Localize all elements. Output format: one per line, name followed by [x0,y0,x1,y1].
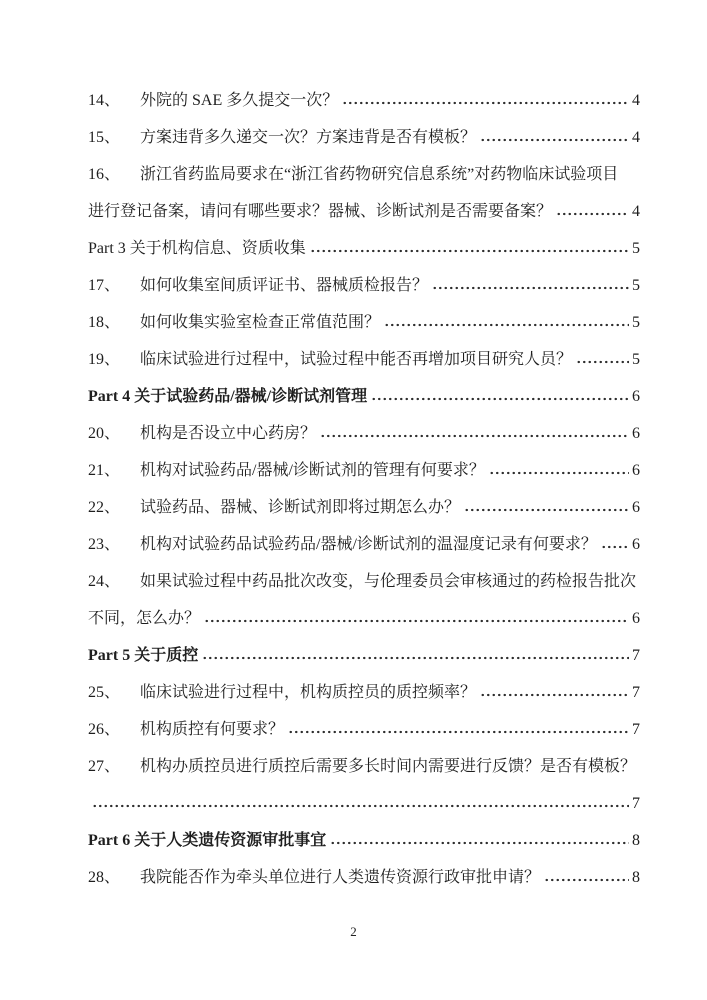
toc-line: 进行登记备案，请问有哪些要求？器械、诊断试剂是否需要备案？4 [88,193,640,230]
toc-leader-dots [330,841,629,845]
toc-item-number: 18、 [88,304,120,341]
toc-entry-text: 方案违背多久递交一次？方案违背是否有模板？ [140,119,476,156]
toc-line: 27、机构办质控员进行质控后需要多长时间内需要进行反馈？是否有模板？ [88,748,640,785]
toc-leader-dots [480,693,629,697]
toc-item-number: 20、 [88,415,120,452]
toc-line: 18、如何收集实验室检查正常值范围？5 [88,304,640,341]
toc-leader-dots [464,508,629,512]
toc-leader-dots [204,619,629,623]
toc-line: 23、机构对试验药品试验药品/器械/诊断试剂的温湿度记录有何要求？6 [88,526,640,563]
toc-item-number: 16、 [88,166,120,183]
toc-line: 24、如果试验过程中药品批次改变，与伦理委员会审核通过的药检报告批次 [88,563,640,600]
toc-leader-dots [576,360,629,364]
toc-item-number: 15、 [88,119,120,156]
toc-line: Part 4 关于试验药品/器械/诊断试剂管理6 [88,378,640,415]
toc-line: 20、机构是否设立中心药房？6 [88,415,640,452]
toc-entry-text: 试验药品、器械、诊断试剂即将过期怎么办？ [140,489,460,526]
toc-part-heading[interactable]: Part 5 关于质控7 [88,637,640,674]
toc-line: 19、临床试验进行过程中，试验过程中能否再增加项目研究人员？5 [88,341,640,378]
toc-item[interactable]: 20、机构是否设立中心药房？6 [88,415,640,452]
toc-entry-text: 临床试验进行过程中，试验过程中能否再增加项目研究人员？ [140,341,572,378]
toc-entry-text: Part 4 关于试验药品/器械/诊断试剂管理 [88,378,367,415]
toc-page-number: 6 [632,600,640,637]
toc-leader-dots [310,249,629,253]
toc-entry-text: 外院的 SAE 多久提交一次？ [140,82,338,119]
toc-entry-text: 机构办质控员进行质控后需要多长时间内需要进行反馈？是否有模板？ [140,758,636,775]
toc-page-number: 5 [632,304,640,341]
toc-entry-text: 如果试验过程中药品批次改变，与伦理委员会审核通过的药检报告批次 [140,573,636,590]
toc-page-number: 6 [632,415,640,452]
toc-item[interactable]: 15、方案违背多久递交一次？方案违背是否有模板？4 [88,119,640,156]
toc-item[interactable]: 16、浙江省药监局要求在“浙江省药物研究信息系统”对药物临床试验项目进行登记备案… [88,156,640,230]
toc-entry-text: 机构是否设立中心药房？ [140,415,316,452]
toc-leader-dots [202,656,629,660]
toc-entry-text: 进行登记备案，请问有哪些要求？器械、诊断试剂是否需要备案？ [88,193,552,230]
toc-item[interactable]: 23、机构对试验药品试验药品/器械/诊断试剂的温湿度记录有何要求？6 [88,526,640,563]
toc-item-number: 23、 [88,526,120,563]
toc-item[interactable]: 24、如果试验过程中药品批次改变，与伦理委员会审核通过的药检报告批次不同，怎么办… [88,563,640,637]
toc-leader-dots [601,545,629,549]
toc-item[interactable]: 25、临床试验进行过程中，机构质控员的质控频率？7 [88,674,640,711]
toc-item[interactable]: 26、机构质控有何要求？7 [88,711,640,748]
toc-item-number: 21、 [88,452,120,489]
toc-line: 17、如何收集室间质评证书、器械质检报告？5 [88,267,640,304]
toc-item-number: 25、 [88,674,120,711]
toc-item[interactable]: 27、机构办质控员进行质控后需要多长时间内需要进行反馈？是否有模板？7 [88,748,640,822]
toc-line: 25、临床试验进行过程中，机构质控员的质控频率？7 [88,674,640,711]
toc-leader-dots [92,804,629,808]
toc-item-number: 19、 [88,341,120,378]
toc-line: 21、机构对试验药品/器械/诊断试剂的管理有何要求？6 [88,452,640,489]
toc-entry-text: 机构对试验药品/器械/诊断试剂的管理有何要求？ [140,452,485,489]
toc-item-number: 17、 [88,267,120,304]
toc-page-number: 6 [632,526,640,563]
toc-leader-dots [556,212,629,216]
toc-item[interactable]: 28、我院能否作为牵头单位进行人类遗传资源行政审批申请？8 [88,859,640,896]
toc-item-number: 24、 [88,573,120,590]
toc-line: 16、浙江省药监局要求在“浙江省药物研究信息系统”对药物临床试验项目 [88,156,640,193]
toc-leader-dots [480,138,629,142]
toc-page-number: 8 [632,822,640,859]
toc-item[interactable]: 17、如何收集室间质评证书、器械质检报告？5 [88,267,640,304]
toc-page-number: 7 [632,711,640,748]
toc-part-heading[interactable]: Part 6 关于人类遗传资源审批事宜8 [88,822,640,859]
table-of-contents: 14、外院的 SAE 多久提交一次？415、方案违背多久递交一次？方案违背是否有… [88,82,640,896]
toc-line: 26、机构质控有何要求？7 [88,711,640,748]
toc-page-number: 7 [632,637,640,674]
toc-item-number: 28、 [88,859,120,896]
toc-leader-dots [544,878,629,882]
toc-entry-text: Part 6 关于人类遗传资源审批事宜 [88,822,326,859]
toc-entry-text: Part 5 关于质控 [88,637,198,674]
toc-entry-text: 我院能否作为牵头单位进行人类遗传资源行政审批申请？ [140,859,540,896]
toc-item[interactable]: 14、外院的 SAE 多久提交一次？4 [88,82,640,119]
toc-item[interactable]: 21、机构对试验药品/器械/诊断试剂的管理有何要求？6 [88,452,640,489]
toc-item-number: 22、 [88,489,120,526]
toc-leader-dots [342,101,629,105]
toc-page-number: 4 [632,193,640,230]
toc-leader-dots [489,471,629,475]
toc-page-number: 8 [632,859,640,896]
toc-leader-dots [432,286,629,290]
toc-line: 14、外院的 SAE 多久提交一次？4 [88,82,640,119]
toc-line: 不同，怎么办？6 [88,600,640,637]
document-page: 14、外院的 SAE 多久提交一次？415、方案违背多久递交一次？方案违背是否有… [0,0,707,1000]
toc-leader-dots [384,323,629,327]
toc-entry-text: 机构质控有何要求？ [140,711,284,748]
toc-entry-text: Part 3 关于机构信息、资质收集 [88,230,306,267]
toc-line: 15、方案违背多久递交一次？方案违背是否有模板？4 [88,119,640,156]
toc-line: 7 [88,785,640,822]
toc-item-number: 27、 [88,758,120,775]
toc-line: 22、试验药品、器械、诊断试剂即将过期怎么办？6 [88,489,640,526]
toc-leader-dots [288,730,629,734]
toc-page-number: 6 [632,452,640,489]
toc-page-number: 7 [632,674,640,711]
toc-entry-text: 不同，怎么办？ [88,600,200,637]
toc-page-number: 7 [632,785,640,822]
toc-entry-text: 浙江省药监局要求在“浙江省药物研究信息系统”对药物临床试验项目 [140,166,618,183]
toc-page-number: 5 [632,230,640,267]
toc-page-number: 4 [632,119,640,156]
toc-page-number: 4 [632,82,640,119]
toc-part-heading[interactable]: Part 3 关于机构信息、资质收集5 [88,230,640,267]
toc-leader-dots [371,397,629,401]
toc-line: Part 6 关于人类遗传资源审批事宜8 [88,822,640,859]
toc-entry-text: 机构对试验药品试验药品/器械/诊断试剂的温湿度记录有何要求？ [140,526,597,563]
toc-item-number: 14、 [88,82,120,119]
toc-page-number: 5 [632,341,640,378]
toc-entry-text: 如何收集室间质评证书、器械质检报告？ [140,267,428,304]
toc-line: 28、我院能否作为牵头单位进行人类遗传资源行政审批申请？8 [88,859,640,896]
page-footer-number: 2 [0,924,707,940]
toc-leader-dots [320,434,629,438]
toc-page-number: 5 [632,267,640,304]
toc-entry-text: 临床试验进行过程中，机构质控员的质控频率？ [140,674,476,711]
toc-page-number: 6 [632,489,640,526]
toc-part-heading[interactable]: Part 4 关于试验药品/器械/诊断试剂管理6 [88,378,640,415]
toc-item[interactable]: 18、如何收集实验室检查正常值范围？5 [88,304,640,341]
toc-entry-text: 如何收集实验室检查正常值范围？ [140,304,380,341]
toc-line: Part 3 关于机构信息、资质收集5 [88,230,640,267]
toc-line: Part 5 关于质控7 [88,637,640,674]
toc-item-number: 26、 [88,711,120,748]
toc-item[interactable]: 22、试验药品、器械、诊断试剂即将过期怎么办？6 [88,489,640,526]
toc-page-number: 6 [632,378,640,415]
toc-item[interactable]: 19、临床试验进行过程中，试验过程中能否再增加项目研究人员？5 [88,341,640,378]
